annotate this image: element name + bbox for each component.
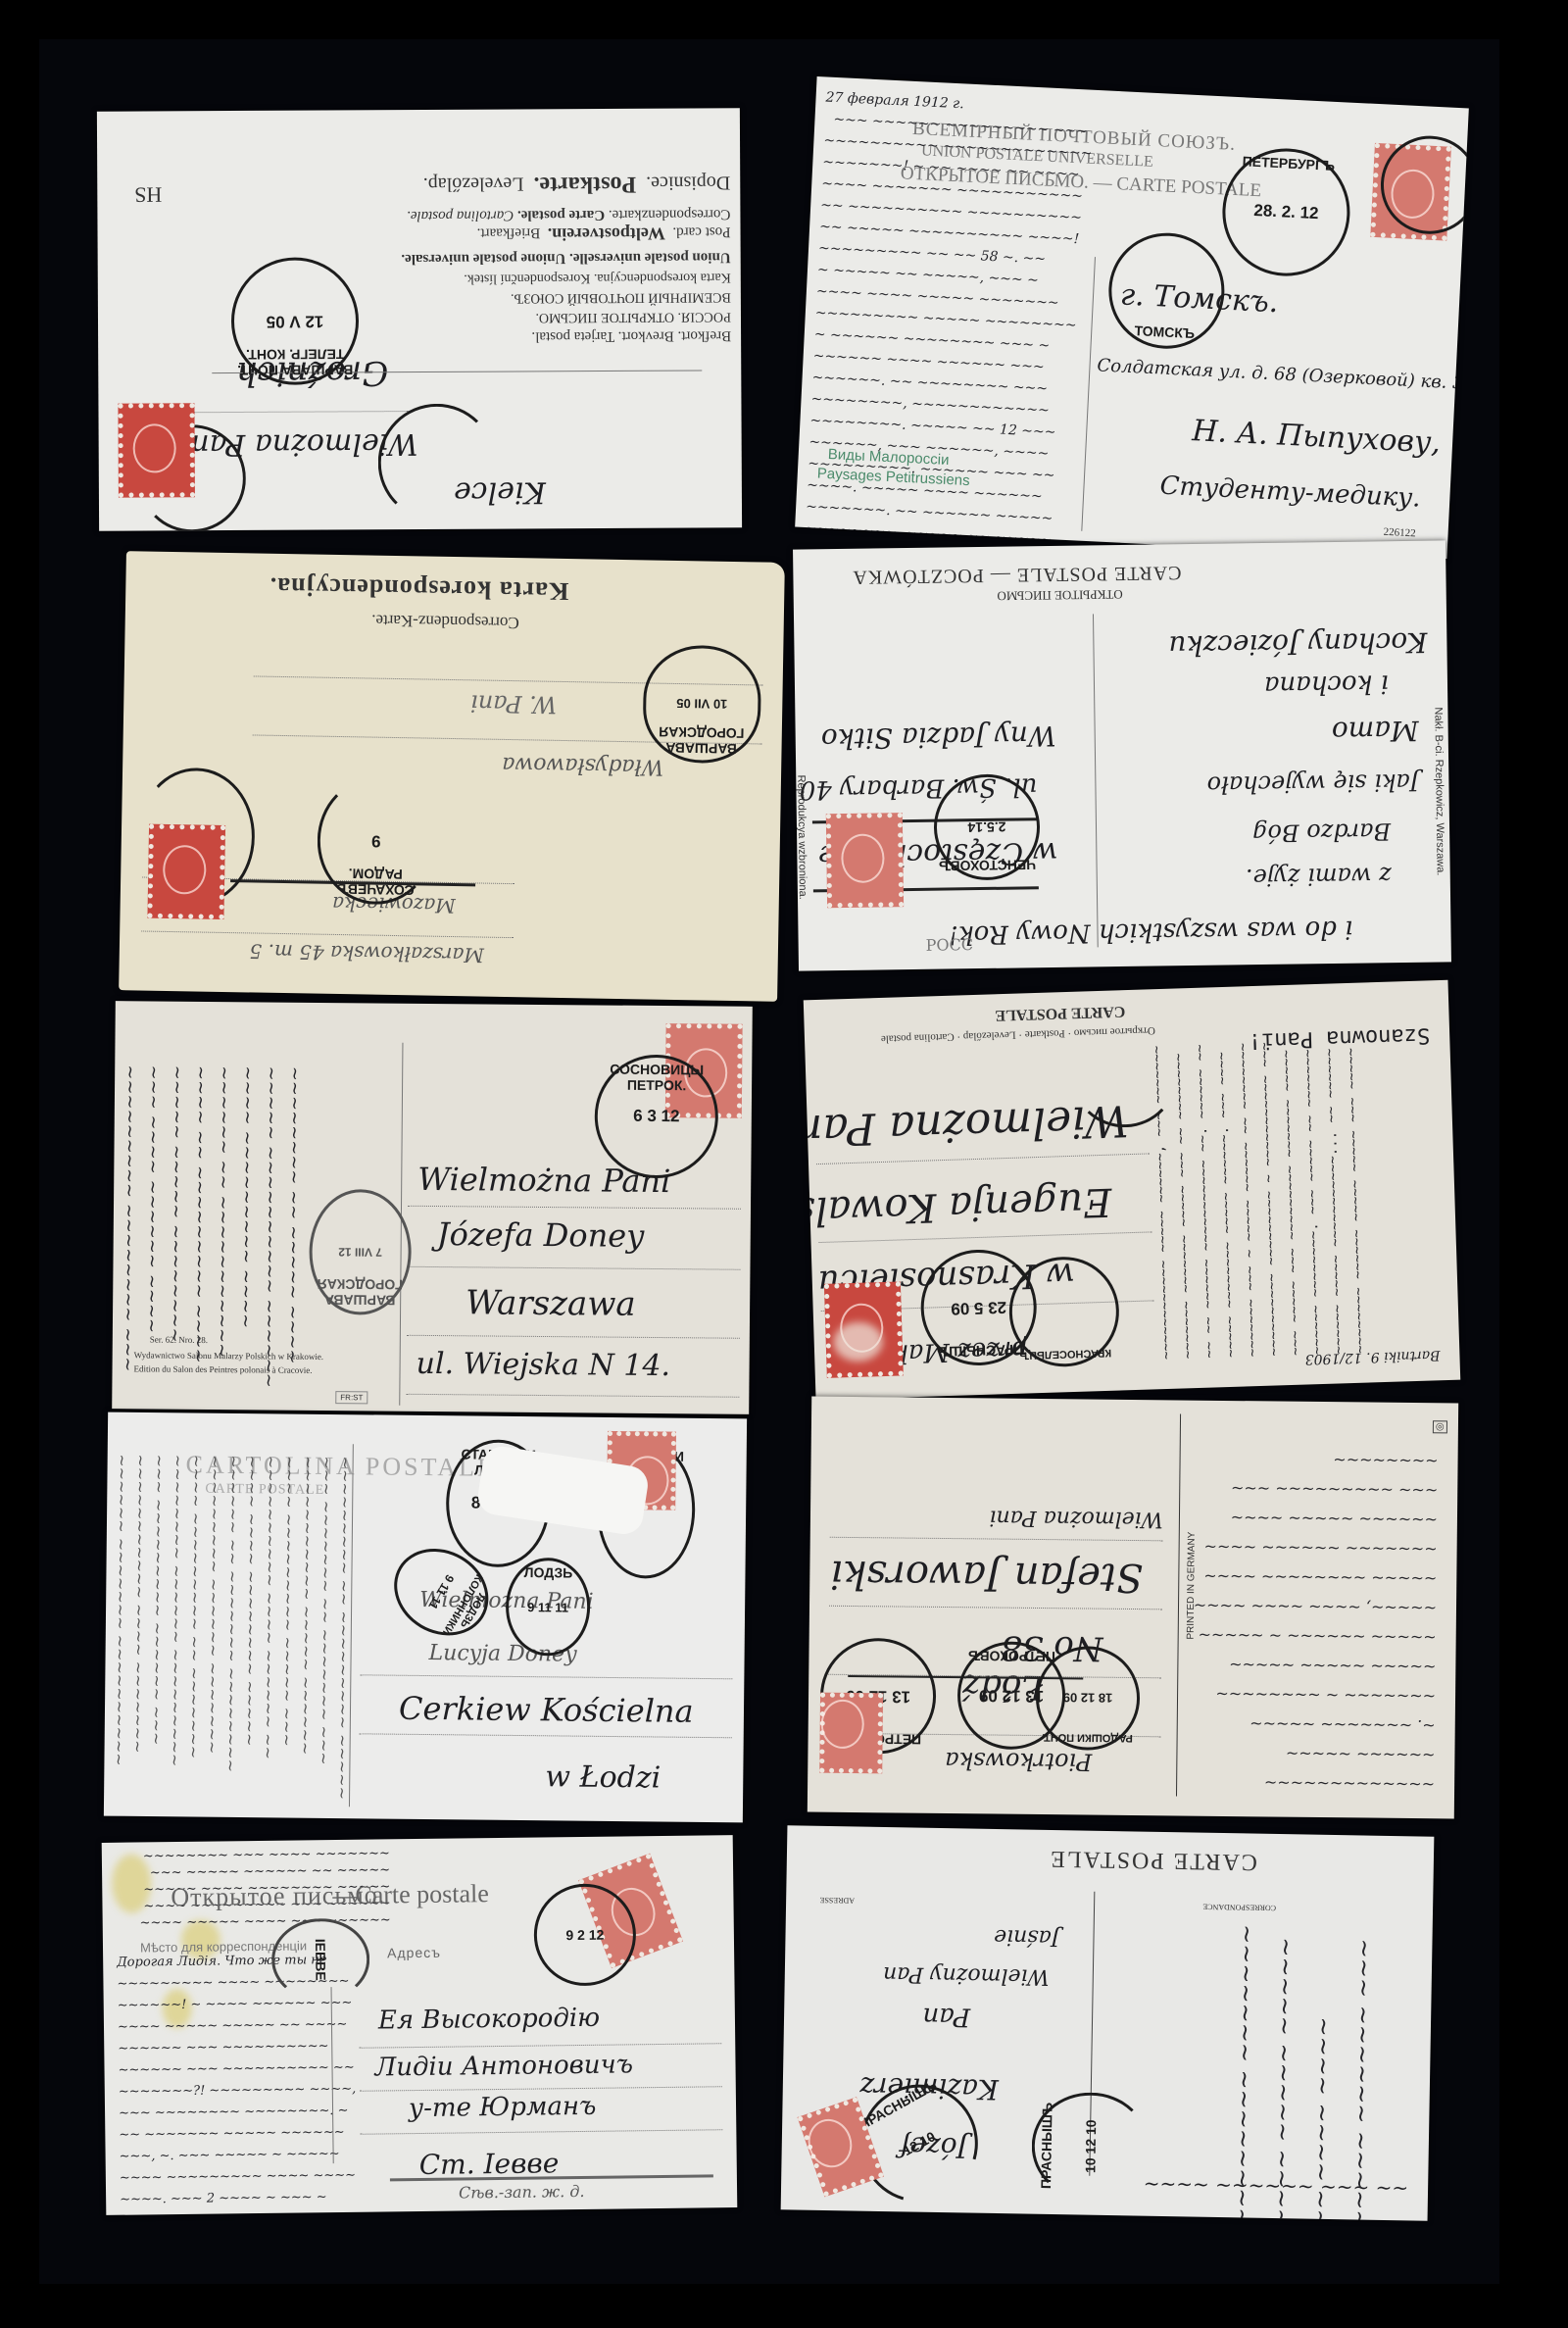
message-text: ~~~~~~~~~~~~ ~~~~~ ~~~~~~, ~~~ ~~~~~~~ ~… [1146,1039,1371,1360]
divider-line [1081,257,1096,531]
message-line: Mamo [1332,715,1419,748]
address-line: ul. Wiejska N 14. [416,1347,670,1383]
postmark: СОХАЧЕВЪ РАДОМ.9 [317,776,436,906]
address-rule [141,930,514,938]
postcard-10: CARTE POSTALE CORRESPONDANCE ADRESSE ~~ … [781,1825,1435,2220]
printed-header: CARTE POSTALE [995,1002,1125,1023]
pencil-note: РОСС [926,935,974,955]
side-caption: Reprodukcya wzbroniona. [795,774,808,899]
printed-header: Karta korespondencyjna. [269,571,568,606]
publisher-logo: ◎ [1433,1420,1447,1433]
address-rule [359,2043,721,2049]
address-line: Cerkiew Kościelna [399,1690,694,1730]
printed-header: CARTE POSTALE — POCZTÓWKA [852,561,1181,588]
address-rule [360,2129,722,2135]
message-line: Bardzo Bóg [1252,817,1391,847]
publisher-code: 226122 [1383,526,1416,540]
address-rule [406,1394,739,1398]
postcard-7: CARTOLINA POSTALE CARTE POSTALE ~~~~~~~~… [104,1412,747,1823]
postcard-5: ~~~~~~~~ ~~ ~~~~~ ~~~~ ~~~~~ ~~~~~~~~~~ … [112,1001,753,1414]
postmark: ВАРШАВА ГОРОДСКАЯ10 VII 05 [642,644,761,764]
address-line: Ея Высокородію [378,2004,600,2036]
publisher-caption: Wydawnictwo Salonu Malarzy Polskich w Kr… [134,1350,324,1362]
address-line: Wielmożny Pan [883,1961,1050,1989]
address-line: у-те Юрманъ [409,2092,597,2123]
postmark: ВАРШАВА ПОЧТ. ТЕЛЕГР. КОНТ.12 V 05 [231,257,360,385]
postage-stamp [118,403,195,497]
postage-stamp [826,813,904,908]
address-line: Władysławowa [502,752,663,779]
postmark: СОСНОВИЦЫ ПЕТРОК.6 3 12 [594,1054,718,1178]
address-rule [407,1266,740,1270]
address-rule [829,1606,1162,1610]
message-line: Jaki się wyjechało [1206,768,1419,799]
publisher-caption: Ser. 62. Nro. 28. [150,1334,208,1345]
address-line: Сѣв.-зап. ж. д. [459,2182,585,2203]
printed-header-line-1: Dopisnice. Postkarte. Levelezőlap. [423,170,731,198]
printed-header-line-8: Brefkort. Brevkort. Tarjeta postal. [531,326,731,344]
postmark: ІЕВВЕ [271,1918,370,2002]
postmark: ЛОДЗЬ9 11 11 [506,1558,591,1657]
printed-header: Адресъ [387,1945,441,1961]
divider-line [1176,1413,1181,1796]
address-rule [163,411,408,413]
address-rule [830,1537,1163,1542]
address-line: Józefa Doney [437,1215,645,1255]
printed-header: ADRESSE [820,1896,856,1906]
publisher-mark: HS [134,181,162,207]
printed-header-line-6: ВСЕМІРНЫЙ ПОЧТОВЫЙ СОЮЗЪ. [511,288,731,305]
printed-header-line-2: Correspondenzkarte. Carte postale. Carto… [407,205,730,223]
postmark: ЧЕНСТОХОВЪ2.5.14 [933,773,1040,880]
address-line: Лидіи Антоновичъ [374,2050,633,2082]
address-rule [360,2086,722,2092]
address-line: Piotrkowska [945,1747,1092,1776]
message-line: i kochana [1264,669,1389,700]
address-line: Wny Jadzia Sitko [821,719,1056,755]
publisher-logo: FR:ST [335,1391,367,1404]
printed-header: CARTE POSTALE [1049,1845,1257,1875]
message-line: z wami żyje. [1246,862,1392,891]
printed-header-line-7: РОССІЯ. ОТКРЫТОЕ ПИСЬМО. [535,308,731,324]
message-text: ~~~~~~~~ ~~ ~~~~~ ~~~~ ~~~~~ ~~~~~~~~~~ … [112,1065,306,1414]
address-line: Студенту-медику. [1159,471,1421,514]
address-rule [360,1733,732,1738]
postcard-9: ~~~~~~ ~~~ ~~~~ ~~~~~ ~~~~ ~~~~~~ ~~~ ~~… [102,1835,738,2215]
postcard-1: Dopisnice. Postkarte. Levelezőlap. Corre… [97,108,742,530]
postcard-6: Открытое письмо · Postkarte · Levelezőla… [804,980,1460,1400]
postage-stamp [147,824,225,919]
printed-header: Carte postale [355,1879,489,1910]
address-line: Солдатская ул. д. 68 (Озерковой) кв. 3 [1097,355,1464,393]
message-line: i do was wszystkich Nowy Rok! [948,915,1352,950]
printed-header-line-5: Karta korespondencyjna. Korespondenční l… [464,269,731,285]
divider-line [1093,614,1099,947]
address-line: Jaśnie [994,1924,1060,1950]
printed-header-line-3: Post card. Weltpostverein. Briefkaart. [477,223,731,244]
address-line: Eugenja Kowalska [804,1179,1112,1236]
address-line: W. Pani [470,689,558,718]
message-text: ~~~~~~~~~~~~~ ~~~~~~ ~~~~~ ~. ~~~~~~~ ~~… [1192,1444,1439,1800]
printed-header: ОТКРЫТОЕ ПИСЬМО [997,586,1122,604]
postmark: ВАРШАВА ГОРОДСКАЯ7 VIII 12 [309,1189,412,1315]
printed-header: Correspondenz-Karte. [371,611,519,633]
address-rule [408,1206,741,1210]
address-line: Stefan Jaworski [830,1552,1144,1600]
side-caption: Nakł. B-ci. Rzepkowicz, Warszawa. [1432,707,1445,875]
message-text: ~~~~~~~~ ~~~~~~~ ~~~~ ~~~~~ ~~~~~ ~~ ~~~… [1221,1894,1384,2221]
message-text: ~~~~~~~~~ ~~ ~~~~~~~~~ ~~~~~ ~~~ ~~~~~~~… [104,1454,355,1823]
address-line: Warszawa [465,1283,636,1324]
address-line: Marszałkowska 45 m. 5 [249,939,484,966]
postmark: ПЕТЕРБУРГЪ28. 2. 12 [1219,145,1352,278]
publisher-caption: Edition du Salon des Peintres polonais à… [134,1363,313,1375]
address-rule [360,1674,732,1679]
postcard-2: ВСЕМІРНЫЙ ПОЧТОВЫЙ СОЮЗЪ. UNION POSTALE … [795,76,1469,559]
address-rule [816,1153,1150,1164]
postmark: РАДОШКИ ПОЧТ.18 12 09 [1035,1646,1140,1751]
address-line: Pan [922,2002,970,2032]
message-line: Kochany Józieczku [1168,626,1427,663]
postmark: ТОМСКЪ [1106,230,1228,352]
address-rule [407,1335,740,1339]
printed-header-line-4: Union postale universelle. Unione postal… [401,248,730,267]
address-line: Wielmożna Pani [989,1505,1163,1531]
postcard-8: PRINTED IN GERMANY ~~~~~~~~~~~~~ ~~~~~~ … [808,1397,1458,1819]
address-line: w Łodzi [545,1759,661,1795]
postmark: 9 2 12 [533,1883,636,1986]
postcard-3: Karta korespondencyjna. Correspondenz-Ka… [119,551,785,1002]
address-line: Н. А. Пыпухову, [1192,414,1442,460]
postage-stamp [819,1693,883,1774]
postmark [377,404,496,522]
address-rule [819,1231,1152,1243]
postcard-4: CARTE POSTALE — POCZTÓWKA ОТКРЫТОЕ ПИСЬМ… [793,540,1451,970]
